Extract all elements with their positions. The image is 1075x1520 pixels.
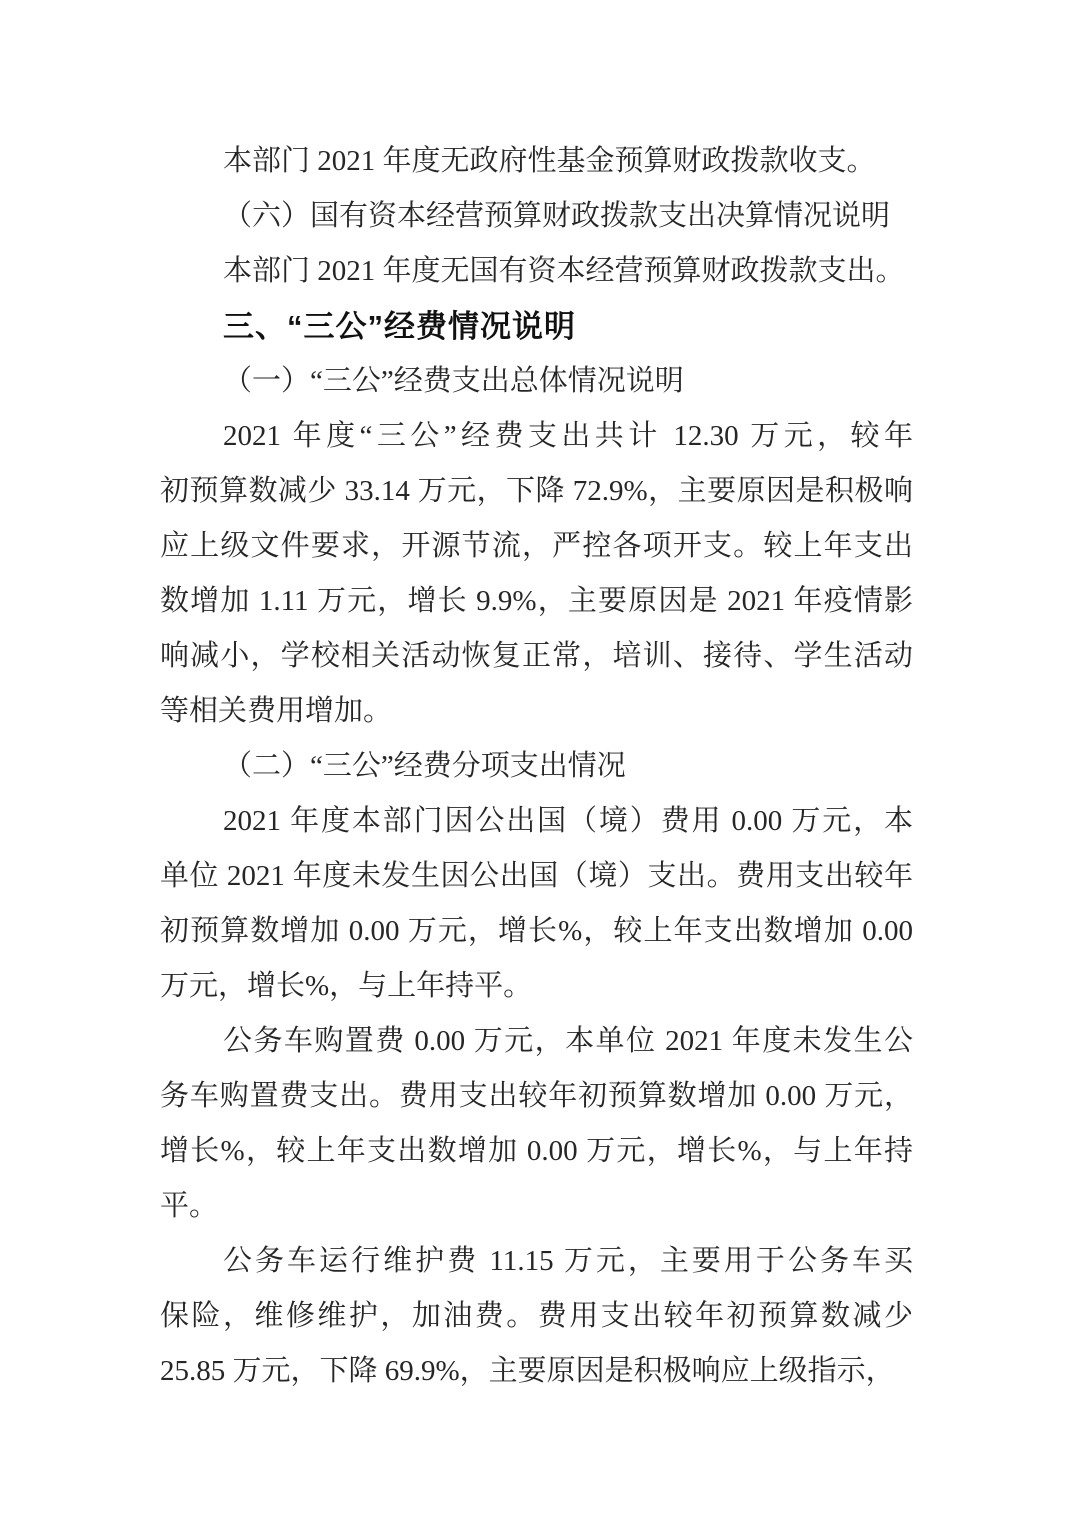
text-line: 等相关费用增加。 xyxy=(160,684,913,739)
text-line: 万元，增长%，与上年持平。 xyxy=(160,959,913,1014)
text-line: 响减小，学校相关活动恢复正常，培训、接待、学生活动 xyxy=(160,629,913,684)
text-line: 务车购置费支出。费用支出较年初预算数增加 0.00 万元， xyxy=(160,1069,913,1124)
text-line: 公务车购置费 0.00 万元，本单位 2021 年度未发生公 xyxy=(160,1014,913,1069)
text-line: 公务车运行维护费 11.15 万元，主要用于公务车买 xyxy=(160,1234,913,1289)
text-line: 平。 xyxy=(160,1179,913,1234)
document-page: 本部门 2021 年度无政府性基金预算财政拨款收支。（六）国有资本经营预算财政拨… xyxy=(0,0,1075,1520)
text-line: 应上级文件要求，开源节流，严控各项开支。较上年支出 xyxy=(160,519,913,574)
text-line: （一）“三公”经费支出总体情况说明 xyxy=(160,354,913,409)
text-line: （二）“三公”经费分项支出情况 xyxy=(160,739,913,794)
text-line: 增长%，较上年支出数增加 0.00 万元，增长%，与上年持 xyxy=(160,1124,913,1179)
text-line: 25.85 万元，下降 69.9%，主要原因是积极响应上级指示， xyxy=(160,1344,913,1399)
text-line: 本部门 2021 年度无政府性基金预算财政拨款收支。 xyxy=(160,134,913,189)
document-text-block: 本部门 2021 年度无政府性基金预算财政拨款收支。（六）国有资本经营预算财政拨… xyxy=(160,134,913,1399)
text-line: （六）国有资本经营预算财政拨款支出决算情况说明 xyxy=(160,189,913,244)
text-line: 2021 年度“三公”经费支出共计 12.30 万元，较年 xyxy=(160,409,913,464)
text-line: 保险，维修维护，加油费。费用支出较年初预算数减少 xyxy=(160,1289,913,1344)
text-line: 数增加 1.11 万元，增长 9.9%，主要原因是 2021 年疫情影 xyxy=(160,574,913,629)
text-line: 本部门 2021 年度无国有资本经营预算财政拨款支出。 xyxy=(160,244,913,299)
text-line: 初预算数减少 33.14 万元，下降 72.9%，主要原因是积极响 xyxy=(160,464,913,519)
text-line: 2021 年度本部门因公出国（境）费用 0.00 万元，本 xyxy=(160,794,913,849)
section-heading: 三、“三公”经费情况说明 xyxy=(160,299,913,354)
text-line: 初预算数增加 0.00 万元，增长%，较上年支出数增加 0.00 xyxy=(160,904,913,959)
text-line: 单位 2021 年度未发生因公出国（境）支出。费用支出较年 xyxy=(160,849,913,904)
